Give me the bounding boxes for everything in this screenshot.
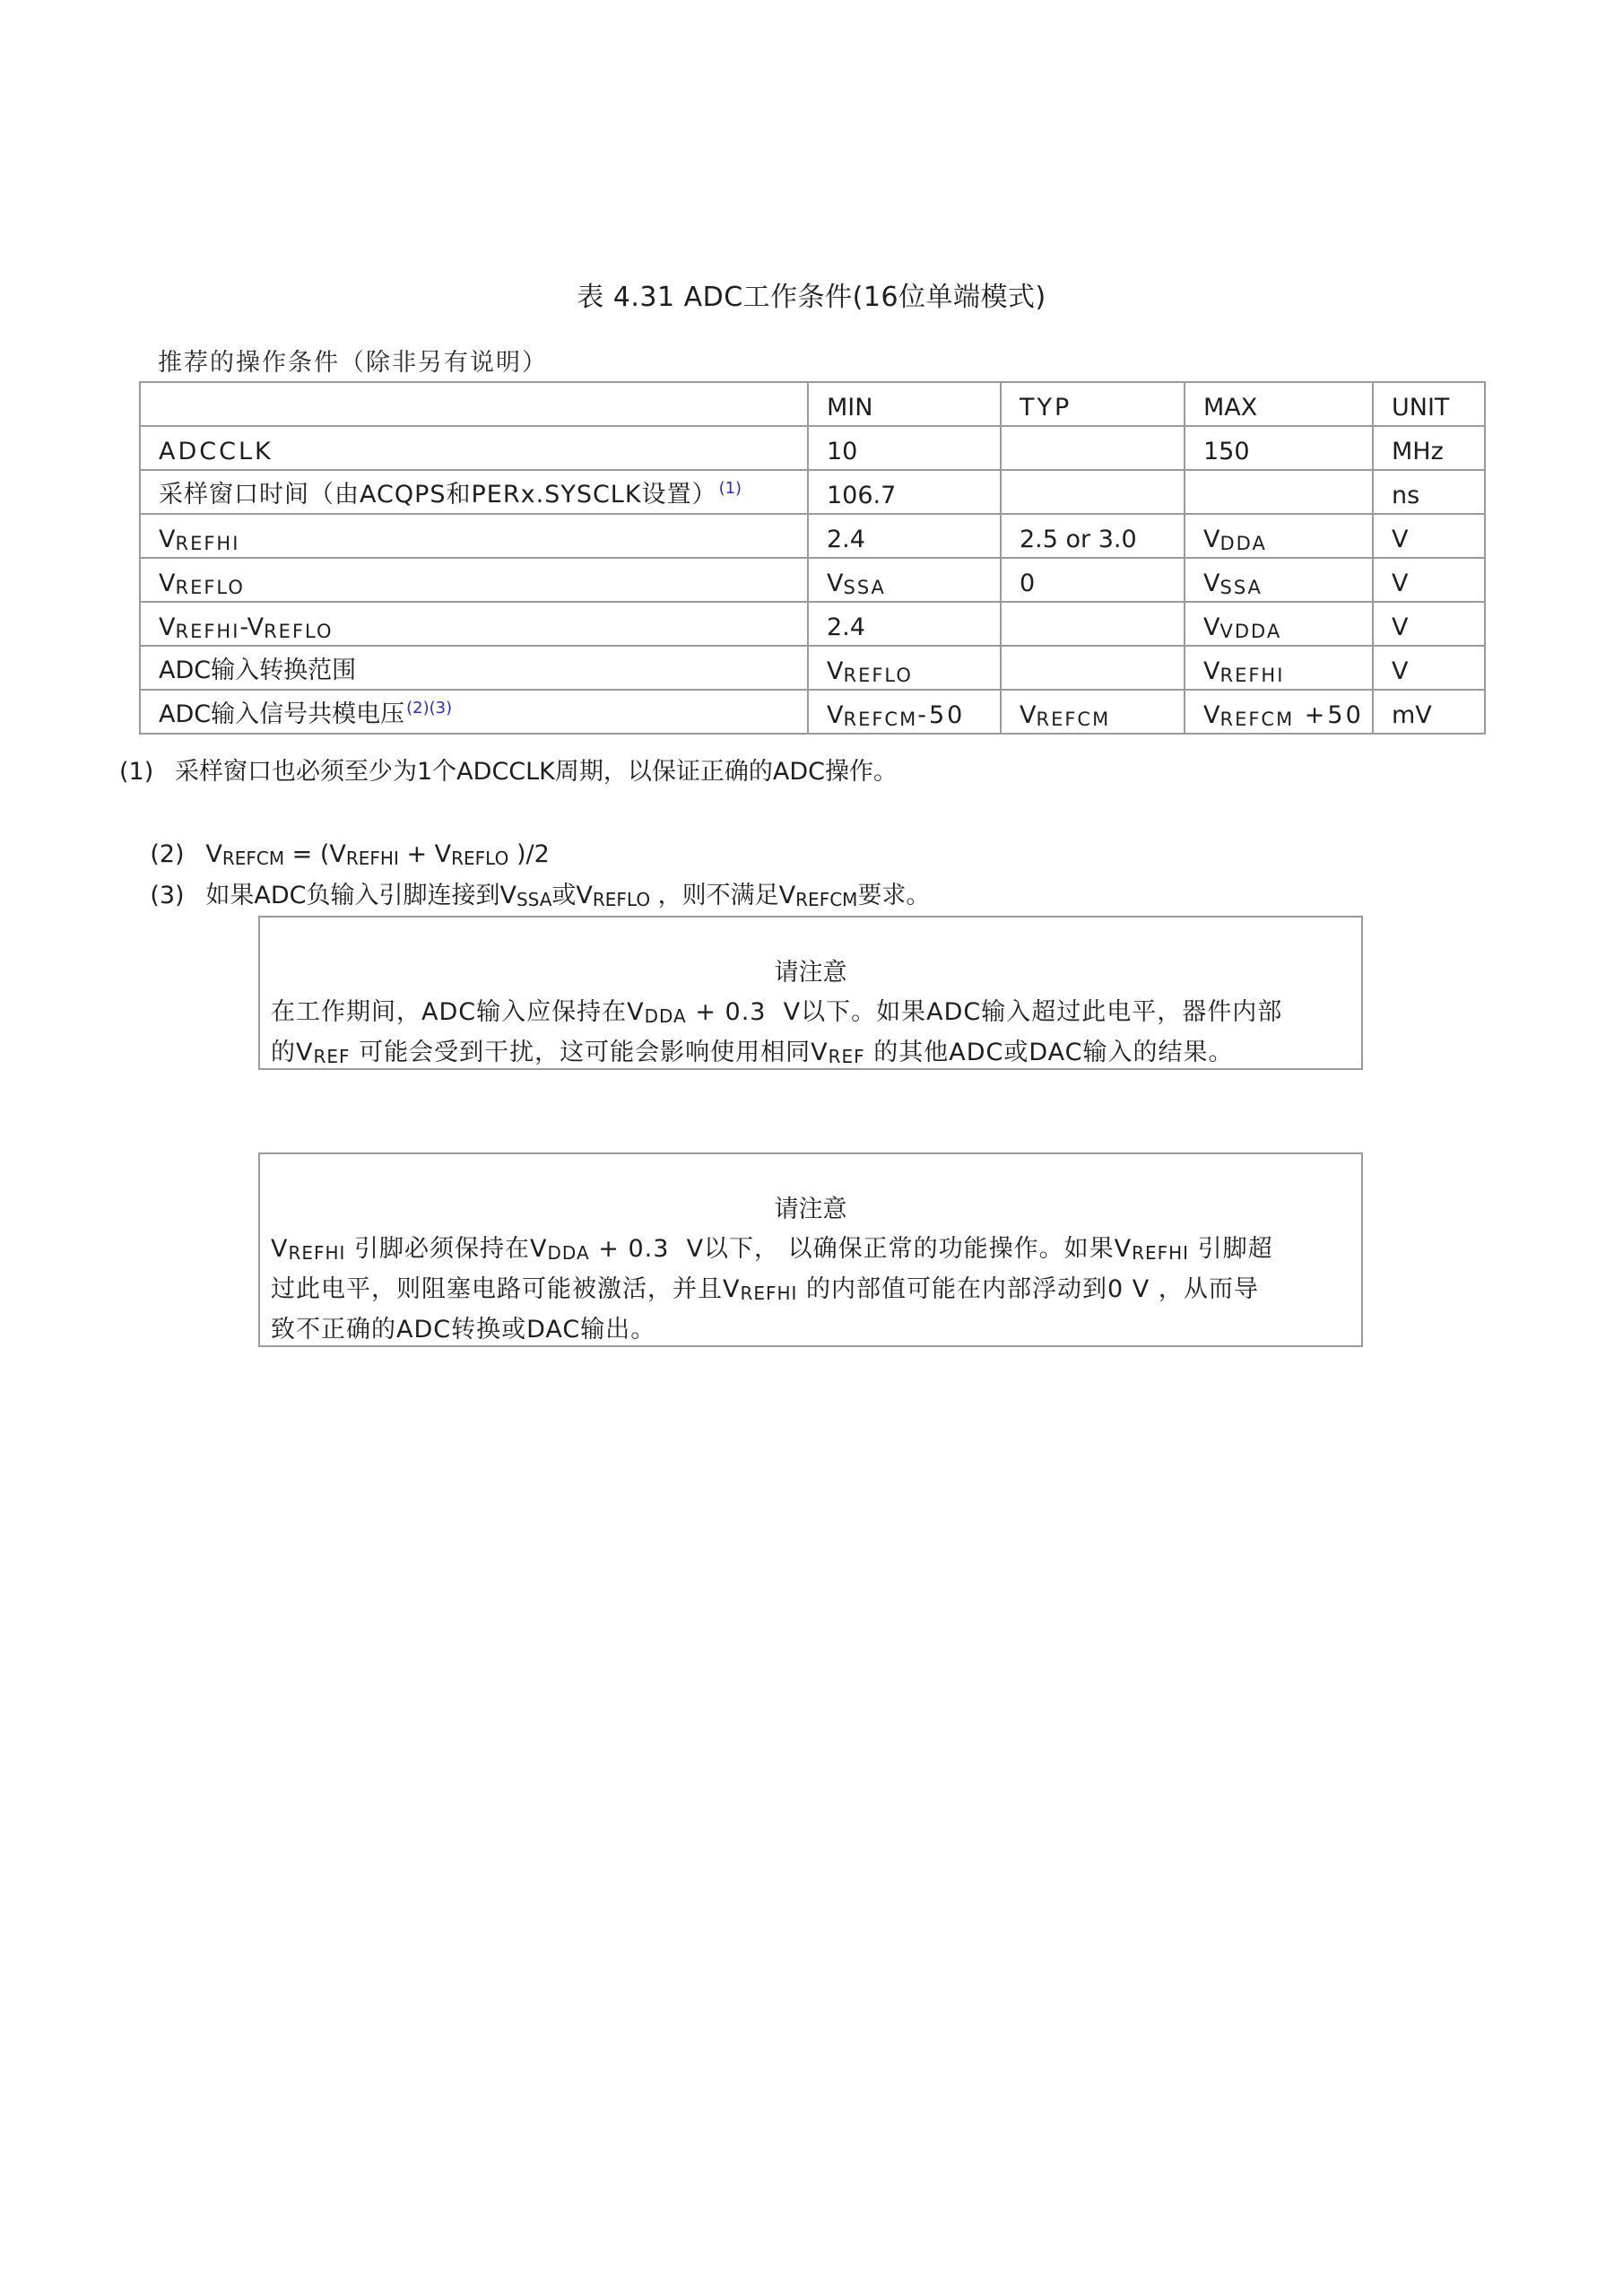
symbol-v: V <box>1203 570 1219 597</box>
note-text: 引脚超 <box>1189 1235 1273 1263</box>
header-max: MAX <box>1185 382 1373 426</box>
symbol-v: V <box>1203 526 1219 553</box>
value-suffix: +50 <box>1294 701 1364 729</box>
note-text: + 0.3 V以下， 以确保正常的功能操作。如果V <box>590 1235 1132 1263</box>
symbol-v: V <box>1203 657 1219 685</box>
symbol-sub: REF <box>829 1046 865 1067</box>
symbol-v: V <box>827 657 843 685</box>
symbol-v: V <box>159 613 175 641</box>
symbol-sub: REFHI <box>175 621 239 642</box>
symbol-sub: REFLO <box>175 577 244 598</box>
symbol-sub: REF <box>313 1046 350 1067</box>
symbol-sub: REFCM <box>843 709 917 730</box>
header-typ: TYP <box>1001 382 1185 426</box>
symbol-sub: SSA <box>516 889 551 910</box>
table-header-row: MIN TYP MAX UNIT <box>140 382 1485 426</box>
note-title: 请注意 <box>260 1190 1361 1230</box>
footnotes: (1)采样窗口也必须至少为1个ADCCLK周期，以保证正确的ADC操作。 (2)… <box>119 752 930 875</box>
param-cell: VREFHI-VREFLO <box>140 602 808 646</box>
note-text: 引脚必须保持在V <box>345 1235 547 1263</box>
footnote-ref[interactable]: (1) <box>719 479 742 498</box>
symbol-sub: REFHI <box>175 533 239 554</box>
symbol-sub: REFCM <box>1036 709 1110 730</box>
footnote-1: (1)采样窗口也必须至少为1个ADCCLK周期，以保证正确的ADC操作。 <box>119 752 930 793</box>
footnote-ref[interactable]: (2)(3) <box>406 699 452 717</box>
symbol-v: V <box>159 570 175 597</box>
footnote-number: (1) <box>119 752 175 793</box>
conditions-label: 推荐的操作条件（除非另有说明） <box>158 343 548 378</box>
symbol-v: V <box>247 613 264 641</box>
table-row: ADC输入转换范围 VREFLO VREFHI V <box>140 646 1485 690</box>
table-row: ADC输入信号共模电压(2)(3) VREFCM-50 VREFCM VREFC… <box>140 690 1485 734</box>
table-row: VREFHI-VREFLO 2.4 VVDDA V <box>140 602 1485 646</box>
symbol-sub: REFCM <box>222 848 284 869</box>
param-cell: VREFHI <box>140 514 808 558</box>
note-box-vrefhi: 请注意 VREFHI 引脚必须保持在VDDA + 0.3 V以下， 以确保正常的… <box>258 1152 1363 1347</box>
param-cell: VREFLO <box>140 558 808 602</box>
footnote-text: ，则不满足V <box>650 882 795 909</box>
max-cell: VDDA <box>1185 514 1373 558</box>
unit-cell: mV <box>1373 690 1485 734</box>
symbol-sub: DDA <box>645 1005 687 1027</box>
min-cell: 2.4 <box>808 514 1001 558</box>
symbol-v: V <box>1203 701 1219 729</box>
symbol-sub: SSA <box>843 577 885 598</box>
formula-text: )/2 <box>508 840 549 868</box>
typ-cell <box>1001 602 1185 646</box>
unit-cell: V <box>1373 514 1485 558</box>
max-cell: VREFCM +50 <box>1185 690 1373 734</box>
footnote-number: (2) <box>150 834 205 875</box>
symbol-sub: REFHI <box>1219 665 1284 686</box>
footnote-2: (2)VREFCM = (VREFHI + VREFLO )/2 <box>119 793 930 834</box>
max-cell: VREFHI <box>1185 646 1373 690</box>
unit-cell: ns <box>1373 470 1485 514</box>
note-text: 的其他ADC或DAC输入的结果。 <box>865 1039 1234 1066</box>
symbol-sub: REFHI <box>346 848 399 869</box>
typ-cell <box>1001 646 1185 690</box>
symbol-sub: REFHI <box>740 1283 797 1304</box>
symbol-v: V <box>1020 701 1036 729</box>
header-unit: UNIT <box>1373 382 1485 426</box>
footnote-text: 或V <box>551 882 592 909</box>
formula-text: = (V <box>284 840 346 868</box>
min-cell: 106.7 <box>808 470 1001 514</box>
param-cell: 采样窗口时间（由ACQPS和PERx.SYSCLK设置）(1) <box>140 470 808 514</box>
max-cell: 150 <box>1185 426 1373 470</box>
table-row: VREFHI 2.4 2.5 or 3.0 VDDA V <box>140 514 1485 558</box>
formula-text: + V <box>399 840 451 868</box>
max-cell: VSSA <box>1185 558 1373 602</box>
footnote-text: 要求。 <box>857 882 930 909</box>
symbol-sub: REFLO <box>593 889 650 910</box>
header-min: MIN <box>808 382 1001 426</box>
min-cell: VREFCM-50 <box>808 690 1001 734</box>
symbol-sub: REFLO <box>843 665 912 686</box>
min-cell: 2.4 <box>808 602 1001 646</box>
note-line: 过此电平，则阻塞电路可能被激活，并且VREFHI 的内部值可能在内部浮动到0 V… <box>271 1270 1350 1310</box>
note-text: 的V <box>271 1039 313 1066</box>
symbol-sub: REFHI <box>288 1242 345 1264</box>
note-text: 的内部值可能在内部浮动到0 V ，从而导 <box>797 1275 1258 1303</box>
footnote-number: (3) <box>150 875 205 917</box>
table-row: VREFLO VSSA 0 VSSA V <box>140 558 1485 602</box>
note-text: 过此电平，则阻塞电路可能被激活，并且V <box>271 1275 740 1303</box>
typ-cell: 2.5 or 3.0 <box>1001 514 1185 558</box>
note-line: 在工作期间，ADC输入应保持在VDDA + 0.3 V以下。如果ADC输入超过此… <box>271 993 1350 1033</box>
note-text: 在工作期间，ADC输入应保持在V <box>271 998 645 1026</box>
note-body: VREFHI 引脚必须保持在VDDA + 0.3 V以下， 以确保正常的功能操作… <box>260 1230 1361 1350</box>
min-cell: VREFLO <box>808 646 1001 690</box>
symbol-v: V <box>159 526 175 553</box>
symbol-sub: REFHI <box>1132 1242 1189 1264</box>
symbol-sub: VDDA <box>1219 621 1281 642</box>
table-title: 表 4.31 ADC工作条件(16位单端模式) <box>0 274 1623 314</box>
symbol-sub: REFLO <box>264 621 333 642</box>
typ-cell <box>1001 470 1185 514</box>
unit-cell: V <box>1373 602 1485 646</box>
unit-cell: MHz <box>1373 426 1485 470</box>
typ-cell: 0 <box>1001 558 1185 602</box>
min-cell: VSSA <box>808 558 1001 602</box>
minus-sign: - <box>239 613 247 641</box>
note-line: 致不正确的ADC转换或DAC输出。 <box>271 1310 1350 1350</box>
table-row: 采样窗口时间（由ACQPS和PERx.SYSCLK设置）(1) 106.7 ns <box>140 470 1485 514</box>
note-text: 致不正确的ADC转换或DAC输出。 <box>271 1316 655 1344</box>
symbol-sub: DDA <box>548 1242 590 1264</box>
symbol-sub: DDA <box>1219 533 1266 554</box>
header-param <box>140 382 808 426</box>
param-cell: ADC输入转换范围 <box>140 646 808 690</box>
footnote-text: 采样窗口也必须至少为1个ADCCLK周期，以保证正确的ADC操作。 <box>175 758 898 786</box>
typ-cell: VREFCM <box>1001 690 1185 734</box>
table-row: ADCCLK 10 150 MHz <box>140 426 1485 470</box>
value-suffix: -50 <box>917 701 965 729</box>
note-text: 可能会受到干扰，这可能会影响使用相同V <box>351 1039 829 1066</box>
symbol-sub: SSA <box>1219 577 1262 598</box>
max-cell <box>1185 470 1373 514</box>
note-line: 的VREF 可能会受到干扰，这可能会影响使用相同VREF 的其他ADC或DAC输… <box>271 1033 1350 1074</box>
unit-cell: V <box>1373 558 1485 602</box>
symbol-sub: REFLO <box>451 848 508 869</box>
unit-cell: V <box>1373 646 1485 690</box>
note-body: 在工作期间，ADC输入应保持在VDDA + 0.3 V以下。如果ADC输入超过此… <box>260 993 1361 1074</box>
symbol-v: V <box>271 1235 288 1263</box>
param-text: ADC输入信号共模电压 <box>159 700 404 728</box>
min-cell: 10 <box>808 426 1001 470</box>
symbol-v: V <box>827 701 843 729</box>
adc-conditions-table: MIN TYP MAX UNIT ADCCLK 10 150 MHz 采样窗口时… <box>139 381 1486 735</box>
symbol-sub: REFCM <box>1219 709 1294 730</box>
param-cell: ADCCLK <box>140 426 808 470</box>
note-box-adc-input: 请注意 在工作期间，ADC输入应保持在VDDA + 0.3 V以下。如果ADC输… <box>258 916 1363 1070</box>
note-text: + 0.3 V以下。如果ADC输入超过此电平，器件内部 <box>687 998 1282 1026</box>
symbol-v: V <box>827 570 843 597</box>
footnote-text: 如果ADC负输入引脚连接到V <box>205 882 516 909</box>
note-title: 请注意 <box>260 953 1361 993</box>
symbol-sub: REFCM <box>795 889 857 910</box>
param-cell: ADC输入信号共模电压(2)(3) <box>140 690 808 734</box>
note-line: VREFHI 引脚必须保持在VDDA + 0.3 V以下， 以确保正常的功能操作… <box>271 1230 1350 1270</box>
symbol-v: V <box>205 840 221 868</box>
typ-cell <box>1001 426 1185 470</box>
max-cell: VVDDA <box>1185 602 1373 646</box>
symbol-v: V <box>1203 613 1219 641</box>
param-text: 采样窗口时间（由ACQPS和PERx.SYSCLK设置） <box>159 481 717 509</box>
